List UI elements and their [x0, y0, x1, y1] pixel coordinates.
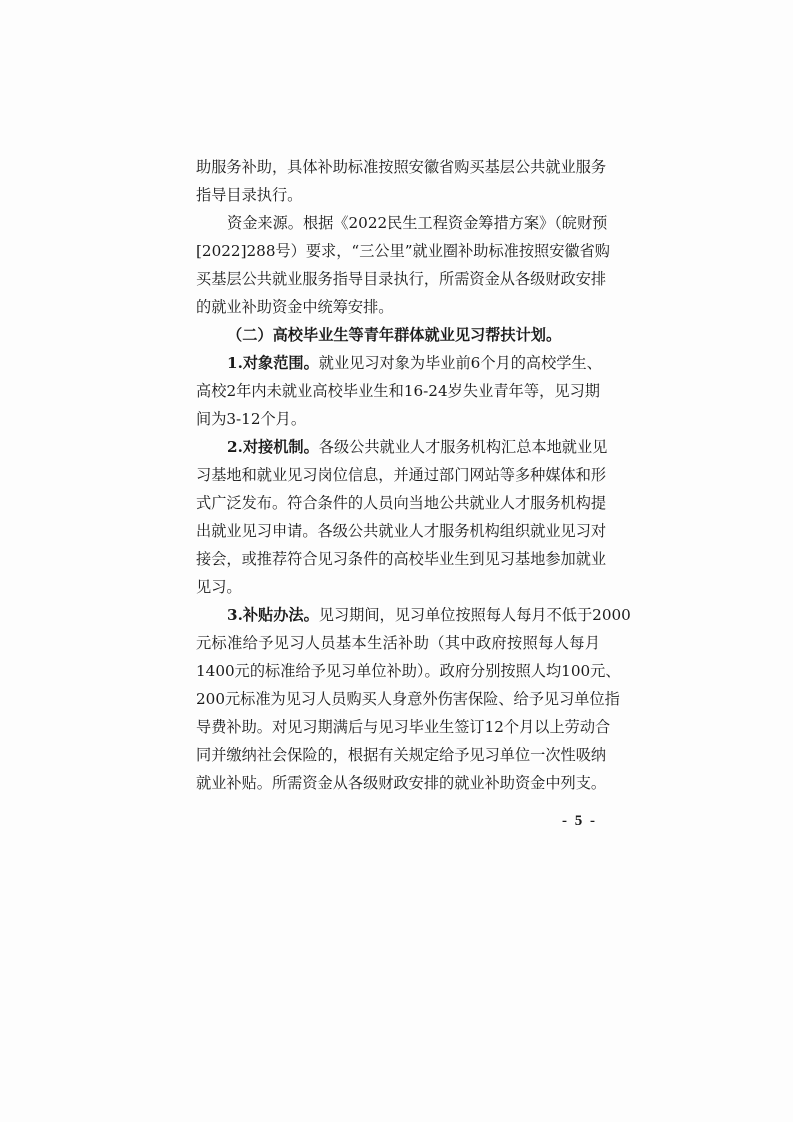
- item2-label: 2.对接机制。: [227, 438, 319, 456]
- paragraph-line: 高校2年内未就业高校毕业生和16-24岁失业青年等，见习期: [196, 377, 600, 405]
- item3-text: 见习期间，见习单位按照每人每月不低于2000: [319, 606, 631, 624]
- document-body: 助服务补助，具体补助标准按照安徽省购买基层公共就业服务 指导目录执行。 资金来源…: [196, 153, 600, 797]
- page-number: - 5 -: [562, 813, 597, 830]
- paragraph-line: 1400元的标准给予见习单位补助）。政府分别按照人均100元、: [196, 657, 600, 685]
- section-heading: （二）高校毕业生等青年群体就业见习帮扶计划。: [196, 321, 600, 349]
- paragraph-line: 同并缴纳社会保险的，根据有关规定给予见习单位一次性吸纳: [196, 741, 600, 769]
- paragraph-line: 出就业见习申请。各级公共就业人才服务机构组织就业见习对: [196, 517, 600, 545]
- item3-label: 3.补贴办法。: [227, 606, 319, 624]
- paragraph-line: 式广泛发布。符合条件的人员向当地公共就业人才服务机构提: [196, 489, 600, 517]
- item1-text: 就业见习对象为毕业前6个月的高校学生、: [319, 354, 602, 372]
- item1-first-line: 1.对象范围。就业见习对象为毕业前6个月的高校学生、: [196, 349, 600, 377]
- paragraph-line: 200元标准为见习人员购买人身意外伤害保险、给予见习单位指: [196, 685, 600, 713]
- paragraph-line: 见习。: [196, 573, 600, 601]
- paragraph-line: [2022]288号）要求，“三公里”就业圈补助标准按照安徽省购: [196, 237, 600, 265]
- paragraph-line: 助服务补助，具体补助标准按照安徽省购买基层公共就业服务: [196, 153, 600, 181]
- item2-text: 各级公共就业人才服务机构汇总本地就业见: [319, 438, 608, 456]
- paragraph-line: 就业补贴。所需资金从各级财政安排的就业补助资金中列支。: [196, 769, 600, 797]
- item1-label: 1.对象范围。: [227, 354, 319, 372]
- item2-first-line: 2.对接机制。各级公共就业人才服务机构汇总本地就业见: [196, 433, 600, 461]
- paragraph-line: 接会，或推荐符合见习条件的高校毕业生到见习基地参加就业: [196, 545, 600, 573]
- item3-first-line: 3.补贴办法。见习期间，见习单位按照每人每月不低于2000: [196, 601, 600, 629]
- paragraph-line: 导费补助。对见习期满后与见习毕业生签订12个月以上劳动合: [196, 713, 600, 741]
- paragraph-line: 习基地和就业见习岗位信息，并通过部门网站等多种媒体和形: [196, 461, 600, 489]
- paragraph-line: 元标准给予见习人员基本生活补助（其中政府按照每人每月: [196, 629, 600, 657]
- paragraph-line: 买基层公共就业服务指导目录执行，所需资金从各级财政安排: [196, 265, 600, 293]
- paragraph-line: 的就业补助资金中统筹安排。: [196, 293, 600, 321]
- document-page: 助服务补助，具体补助标准按照安徽省购买基层公共就业服务 指导目录执行。 资金来源…: [0, 0, 793, 1122]
- paragraph-line: 资金来源。根据《2022民生工程资金筹措方案》（皖财预: [196, 209, 600, 237]
- paragraph-line: 指导目录执行。: [196, 181, 600, 209]
- paragraph-line: 间为3-12个月。: [196, 405, 600, 433]
